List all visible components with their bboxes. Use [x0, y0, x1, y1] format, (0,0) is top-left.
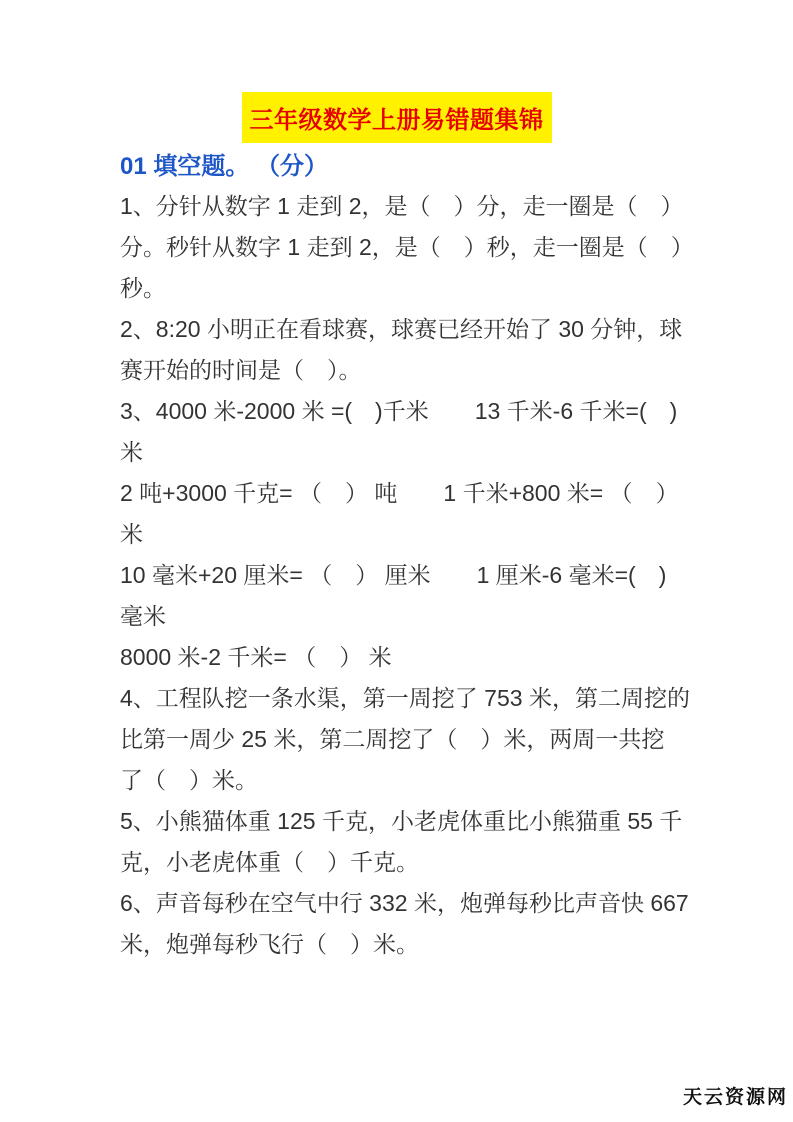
question-4-line: 4、工程队挖一条水渠，第一周挖了 753 米，第二周挖的	[120, 678, 720, 719]
question-1-line: 秒。	[120, 268, 720, 309]
question-5-line: 5、小熊猫体重 125 千克，小老虎体重比小熊猫重 55 千	[120, 801, 720, 842]
question-6-line: 6、声音每秒在空气中行 332 米，炮弹每秒比声音快 667	[120, 883, 720, 924]
question-5-line: 克，小老虎体重（ ）千克。	[120, 842, 720, 883]
section-heading: 01 填空题。 （分）	[120, 146, 328, 181]
page-title: 三年级数学上册易错题集锦	[242, 92, 552, 143]
watermark: 天云资源网	[683, 1082, 788, 1109]
question-2-line: 2、8:20 小明正在看球赛，球赛已经开始了 30 分钟，球	[120, 309, 720, 350]
worksheet-page: 三年级数学上册易错题集锦 01 填空题。 （分） 1、分针从数字 1 走到 2，…	[0, 0, 793, 1122]
question-2-line: 赛开始的时间是（ ）。	[120, 350, 720, 391]
question-3-line: 米	[120, 514, 720, 555]
page-title-wrap: 三年级数学上册易错题集锦	[0, 92, 793, 143]
question-6-line: 米，炮弹每秒飞行（ ）米。	[120, 924, 720, 965]
question-1-line: 分。秒针从数字 1 走到 2，是（ ）秒，走一圈是（ ）	[120, 227, 720, 268]
questions-content: 1、分针从数字 1 走到 2，是（ ）分，走一圈是（ ） 分。秒针从数字 1 走…	[120, 186, 720, 965]
question-3-line: 3、4000 米-2000 米 =( )千米 13 千米-6 千米=( )	[120, 391, 720, 432]
question-3-line: 2 吨+3000 千克= （ ） 吨 1 千米+800 米= （ ）	[120, 473, 720, 514]
question-3-line: 10 毫米+20 厘米= （ ） 厘米 1 厘米-6 毫米=( )	[120, 555, 720, 596]
question-4-line: 了（ ）米。	[120, 760, 720, 801]
question-3-line: 毫米	[120, 596, 720, 637]
question-3-line: 米	[120, 432, 720, 473]
question-4-line: 比第一周少 25 米，第二周挖了（ ）米，两周一共挖	[120, 719, 720, 760]
question-3-line: 8000 米-2 千米= （ ） 米	[120, 637, 720, 678]
question-1-line: 1、分针从数字 1 走到 2，是（ ）分，走一圈是（ ）	[120, 186, 720, 227]
